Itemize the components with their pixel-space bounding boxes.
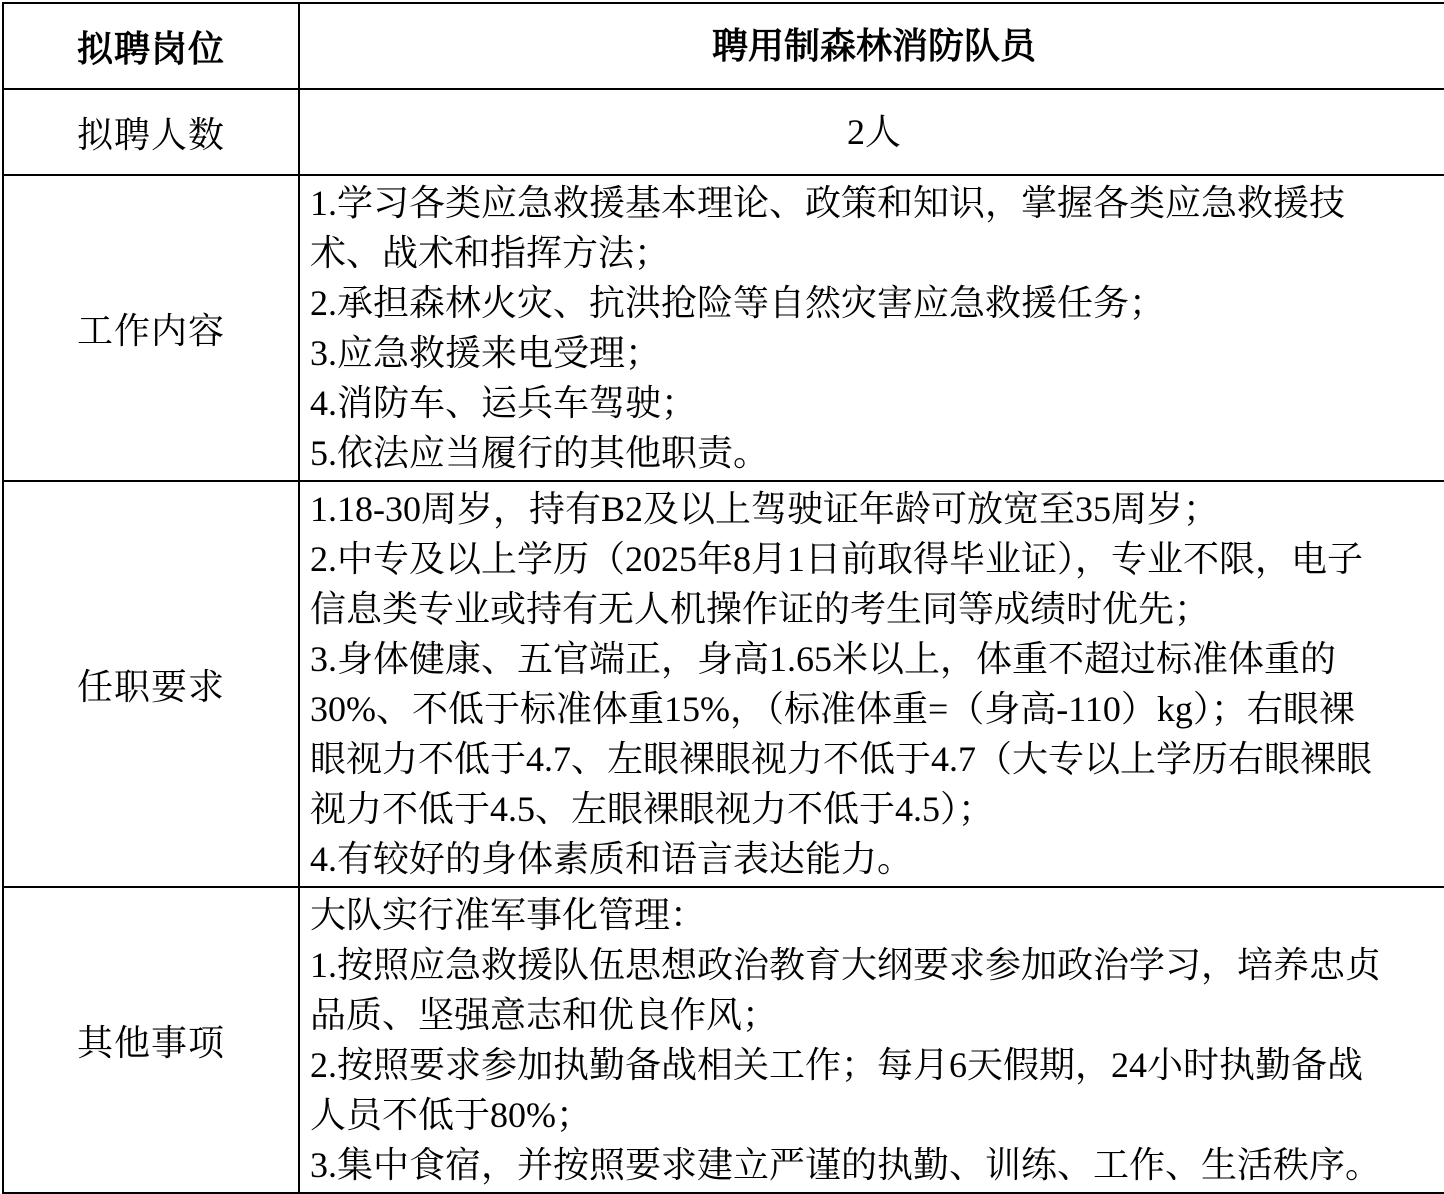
content-line: 眼视力不低于4.7、左眼裸眼视力不低于4.7（大专以上学历右眼裸眼: [310, 734, 1438, 784]
table-row: 拟聘人数2人: [3, 89, 1444, 175]
content-line: 2.中专及以上学历（2025年8月1日前取得毕业证），专业不限，电子: [310, 534, 1438, 584]
content-line: 4.消防车、运兵车驾驶；: [310, 378, 1438, 428]
content-line: 3.集中食宿，并按照要求建立严谨的执勤、训练、工作、生活秩序。: [310, 1140, 1438, 1190]
content-line: 4.有较好的身体素质和语言表达能力。: [310, 834, 1438, 884]
content-line: 大队实行准军事化管理：: [310, 890, 1438, 940]
content-line: 1.学习各类应急救援基本理论、政策和知识，掌握各类应急救援技: [310, 178, 1438, 228]
row-label-cell: 工作内容: [3, 175, 299, 481]
row-label-cell: 拟聘人数: [3, 89, 299, 175]
row-content-cell: 2人: [299, 89, 1444, 175]
content-line: 信息类专业或持有无人机操作证的考生同等成绩时优先；: [310, 584, 1438, 634]
table-row: 任职要求1.18-30周岁，持有B2及以上驾驶证年龄可放宽至35周岁；2.中专及…: [3, 481, 1444, 887]
content-line: 人员不低于80%；: [310, 1090, 1438, 1140]
row-label-cell: 拟聘岗位: [3, 3, 299, 89]
content-line: 术、战术和指挥方法；: [310, 228, 1438, 278]
row-label-cell: 其他事项: [3, 887, 299, 1193]
content-line: 5.依法应当履行的其他职责。: [310, 428, 1438, 478]
content-line: 30%、不低于标准体重15%，（标准体重=（身高-110）kg）；右眼裸: [310, 684, 1438, 734]
row-content-cell: 大队实行准军事化管理：1.按照应急救援队伍思想政治教育大纲要求参加政治学习，培养…: [299, 887, 1444, 1193]
table-row: 工作内容1.学习各类应急救援基本理论、政策和知识，掌握各类应急救援技术、战术和指…: [3, 175, 1444, 481]
content-line: 3.应急救援来电受理；: [310, 328, 1438, 378]
content-line: 品质、坚强意志和优良作风；: [310, 990, 1438, 1040]
table-row: 其他事项大队实行准军事化管理：1.按照应急救援队伍思想政治教育大纲要求参加政治学…: [3, 887, 1444, 1193]
content-line: 视力不低于4.5、左眼裸眼视力不低于4.5）；: [310, 784, 1438, 834]
recruitment-table-body: 拟聘岗位聘用制森林消防队员拟聘人数2人工作内容1.学习各类应急救援基本理论、政策…: [3, 3, 1444, 1193]
content-line: 1.18-30周岁，持有B2及以上驾驶证年龄可放宽至35周岁；: [310, 484, 1438, 534]
recruitment-document-page: 拟聘岗位聘用制森林消防队员拟聘人数2人工作内容1.学习各类应急救援基本理论、政策…: [0, 2, 1444, 1184]
row-label-cell: 任职要求: [3, 481, 299, 887]
content-line: 2.按照要求参加执勤备战相关工作；每月6天假期，24小时执勤备战: [310, 1040, 1438, 1090]
row-content-cell: 聘用制森林消防队员: [299, 3, 1444, 89]
content-line: 3.身体健康、五官端正，身高1.65米以上，体重不超过标准体重的: [310, 634, 1438, 684]
table-row: 拟聘岗位聘用制森林消防队员: [3, 3, 1444, 89]
content-line: 1.按照应急救援队伍思想政治教育大纲要求参加政治学习，培养忠贞: [310, 940, 1438, 990]
content-line: 2.承担森林火灾、抗洪抢险等自然灾害应急救援任务；: [310, 278, 1438, 328]
content-line: 2人: [310, 107, 1438, 157]
recruitment-table: 拟聘岗位聘用制森林消防队员拟聘人数2人工作内容1.学习各类应急救援基本理论、政策…: [2, 2, 1444, 1194]
row-content-cell: 1.18-30周岁，持有B2及以上驾驶证年龄可放宽至35周岁；2.中专及以上学历…: [299, 481, 1444, 887]
row-content-cell: 1.学习各类应急救援基本理论、政策和知识，掌握各类应急救援技术、战术和指挥方法；…: [299, 175, 1444, 481]
content-line: 聘用制森林消防队员: [310, 21, 1438, 71]
